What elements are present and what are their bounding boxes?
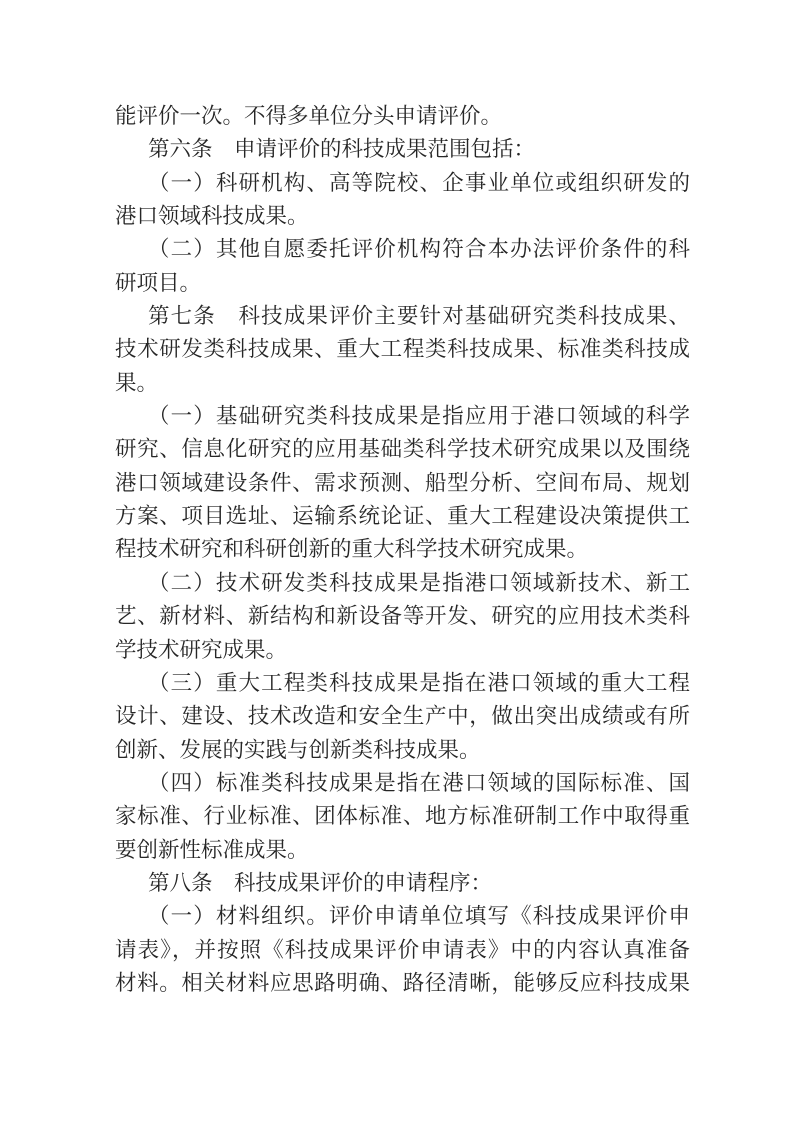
text-line: 第六条 申请评价的科技成果范围包括： xyxy=(115,133,690,166)
text-line: （一）科研机构、高等院校、企事业单位或组织研发的 xyxy=(115,167,690,200)
document-page: 能评价一次。不得多单位分头申请评价。第六条 申请评价的科技成果范围包括：（一）科… xyxy=(0,0,794,1123)
text-line: 第八条 科技成果评价的申请程序： xyxy=(115,867,690,900)
text-line: 能评价一次。不得多单位分头申请评价。 xyxy=(115,100,690,133)
text-line: 要创新性标准成果。 xyxy=(115,834,690,867)
text-line: （一）材料组织。评价申请单位填写《科技成果评价申 xyxy=(115,900,690,933)
text-line: 请表》，并按照《科技成果评价申请表》中的内容认真准备 xyxy=(115,934,690,967)
text-line: （一）基础研究类科技成果是指应用于港口领域的科学 xyxy=(115,400,690,433)
document-body: 能评价一次。不得多单位分头申请评价。第六条 申请评价的科技成果范围包括：（一）科… xyxy=(115,100,690,1000)
text-line: 材料。相关材料应思路明确、路径清晰，能够反应科技成果 xyxy=(115,967,690,1000)
text-line: 方案、项目选址、运输系统论证、重大工程建设决策提供工 xyxy=(115,500,690,533)
text-line: 技术研发类科技成果、重大工程类科技成果、标准类科技成 xyxy=(115,333,690,366)
text-line: （三）重大工程类科技成果是指在港口领域的重大工程 xyxy=(115,667,690,700)
text-line: 研项目。 xyxy=(115,267,690,300)
text-line: 设计、建设、技术改造和安全生产中，做出突出成绩或有所 xyxy=(115,700,690,733)
text-line: 程技术研究和科研创新的重大科学技术研究成果。 xyxy=(115,533,690,566)
text-line: 果。 xyxy=(115,367,690,400)
text-line: 第七条 科技成果评价主要针对基础研究类科技成果、 xyxy=(115,300,690,333)
text-line: 港口领域科技成果。 xyxy=(115,200,690,233)
text-line: （二）技术研发类科技成果是指港口领域新技术、新工 xyxy=(115,567,690,600)
text-line: 学技术研究成果。 xyxy=(115,634,690,667)
text-line: （二）其他自愿委托评价机构符合本办法评价条件的科 xyxy=(115,233,690,266)
text-line: 港口领域建设条件、需求预测、船型分析、空间布局、规划 xyxy=(115,467,690,500)
text-line: 创新、发展的实践与创新类科技成果。 xyxy=(115,734,690,767)
text-line: （四）标准类科技成果是指在港口领域的国际标准、国 xyxy=(115,767,690,800)
text-line: 艺、新材料、新结构和新设备等开发、研究的应用技术类科 xyxy=(115,600,690,633)
text-line: 家标准、行业标准、团体标准、地方标准研制工作中取得重 xyxy=(115,800,690,833)
text-line: 研究、信息化研究的应用基础类科学技术研究成果以及围绕 xyxy=(115,433,690,466)
